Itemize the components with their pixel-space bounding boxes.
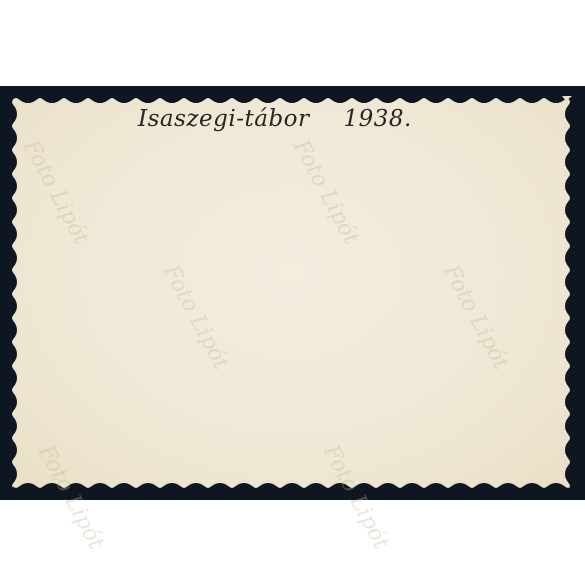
handwritten-caption: Isaszegi-tábor1938.	[138, 106, 478, 132]
caption-year: 1938.	[344, 106, 412, 132]
photo-back-paper: Isaszegi-tábor1938. Foto Lipót Foto Lipó…	[10, 96, 572, 490]
caption-place: Isaszegi-tábor	[138, 106, 310, 132]
